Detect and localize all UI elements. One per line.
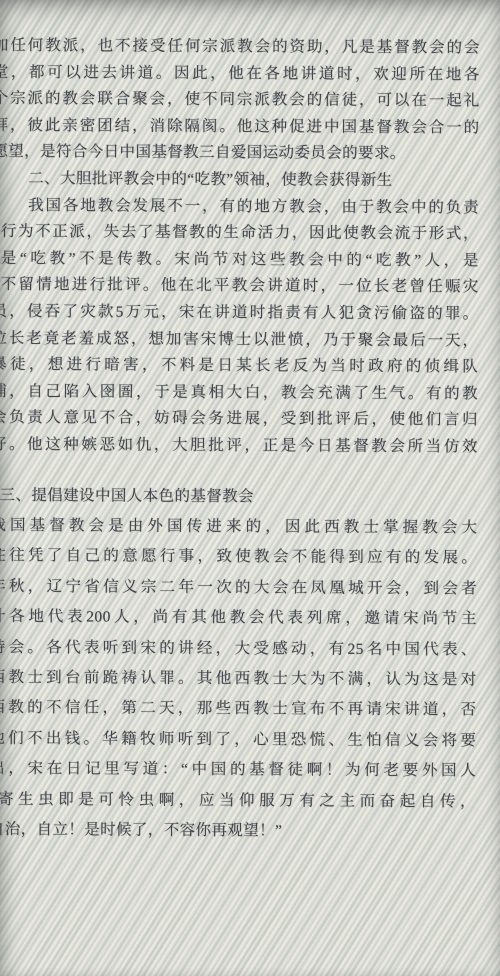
text-line: 寄生虫即是可怜虫啊，应当仰服万有之主而奋起自传， (0, 785, 476, 818)
text-line: 西教的不信任，第二天，那些西教士宣布不再请宋讲道，否 (0, 693, 477, 726)
text-line: 好。他这种嫉恶如仇，大胆批评，正是今日基督教会所当仿效 (0, 432, 478, 461)
text-line: 员，侵吞了灾款5万元，宋在讲道时指责有人犯贪污偷盗的罪。 (0, 299, 479, 328)
text-line: 西教士到台前跪祷认罪。其他西教士大为不满，认为这是对 (0, 663, 477, 696)
text-column: 加任何教派，也不接受任何宗派教会的资助，凡是基督教会的会堂，都可以进去讲道。因此… (0, 33, 480, 848)
text-line: 年秋，辽宁省信义宗二年一次的大会在凤凰城开会，到会者 (0, 572, 477, 605)
section-1: 加任何教派，也不接受任何宗派教会的资助，凡是基督教会的会堂，都可以进去讲道。因此… (0, 33, 480, 461)
text-line: 暴徒，想进行暗害，不料是日某长老反为当时政府的侦缉队 (0, 352, 478, 381)
section-2: 三、提倡建设中国人本色的基督教会我国基督教会是由外国传进来的，因此西教士掌握教会… (0, 480, 478, 847)
text-line: 我国基督教会是由外国传进来的，因此西教士掌握教会大 (0, 511, 477, 544)
text-line: 会负责人意见不合，妨碍会务进展，受到批评后，使他们言归 (0, 405, 478, 434)
text-line: 往往凭了自己的意愿行事，致使教会不能得到应有的发展。 (0, 541, 477, 574)
text-line: 二、大胆批评教会中的“吃教”领袖，使教会获得新生 (1, 166, 479, 195)
text-line: 出，宋在日记里写道：“中国的基督徒啊！为何老要外国人 (0, 754, 476, 787)
text-line: 三、提倡建设中国人本色的基督教会 (0, 480, 478, 513)
text-line: 计各地代表200人，尚有其他教会代表列席，邀请宋尚节主 (0, 602, 477, 635)
text-line: 拜，彼此亲密团结，消除隔阂。他这种促进中国基督教会合一的 (0, 113, 480, 142)
text-line: 不留情地进行批评。他在北平教会讲道时，一位长老曾任赈灾 (1, 272, 479, 301)
text-line: 加任何教派，也不接受任何宗派教会的资助，凡是基督教会的会 (0, 33, 480, 62)
text-line: 我国各地教会发展不一，有的地方教会，由于教会中的负责 (1, 193, 479, 222)
text-line: 他们不出钱。华籍牧师听到了，心里恐慌、生怕信义会将要 (0, 724, 476, 757)
text-line: 位长老竟老羞成怒，想加害宋博士以泄愤，乃于聚会最后一天， (0, 325, 478, 354)
text-line: 行为不正派，失去了基督教的生命活力，因此使教会流于形式， (1, 219, 479, 248)
text-line: 持会。各代表听到宋的讲经，大受感动，有25名中国代表、 (0, 632, 477, 665)
text-line: 个宗派的教会联合聚会，使不同宗派教会的信徒，可以在一起礼 (0, 86, 480, 115)
text-line: 自治，自立！是时候了，不容你再观望！” (0, 815, 476, 848)
document-photo: 加任何教派，也不接受任何宗派教会的资助，凡是基督教会的会堂，都可以进去讲道。因此… (0, 0, 500, 976)
text-line: 堂，都可以进去讲道。因此，他在各地讲道时，欢迎所在地各 (0, 60, 480, 89)
text-line: 愿望，是符合今日中国基督教三自爱国运动委员会的要求。 (0, 139, 479, 168)
text-line: 捕，自己陷入囹圄，于是真相大白，教会充满了生气。有的教 (0, 379, 478, 408)
text-line: 是“吃教”不是传教。宋尚节对这些教会中的“吃教”人，是 (1, 246, 479, 275)
